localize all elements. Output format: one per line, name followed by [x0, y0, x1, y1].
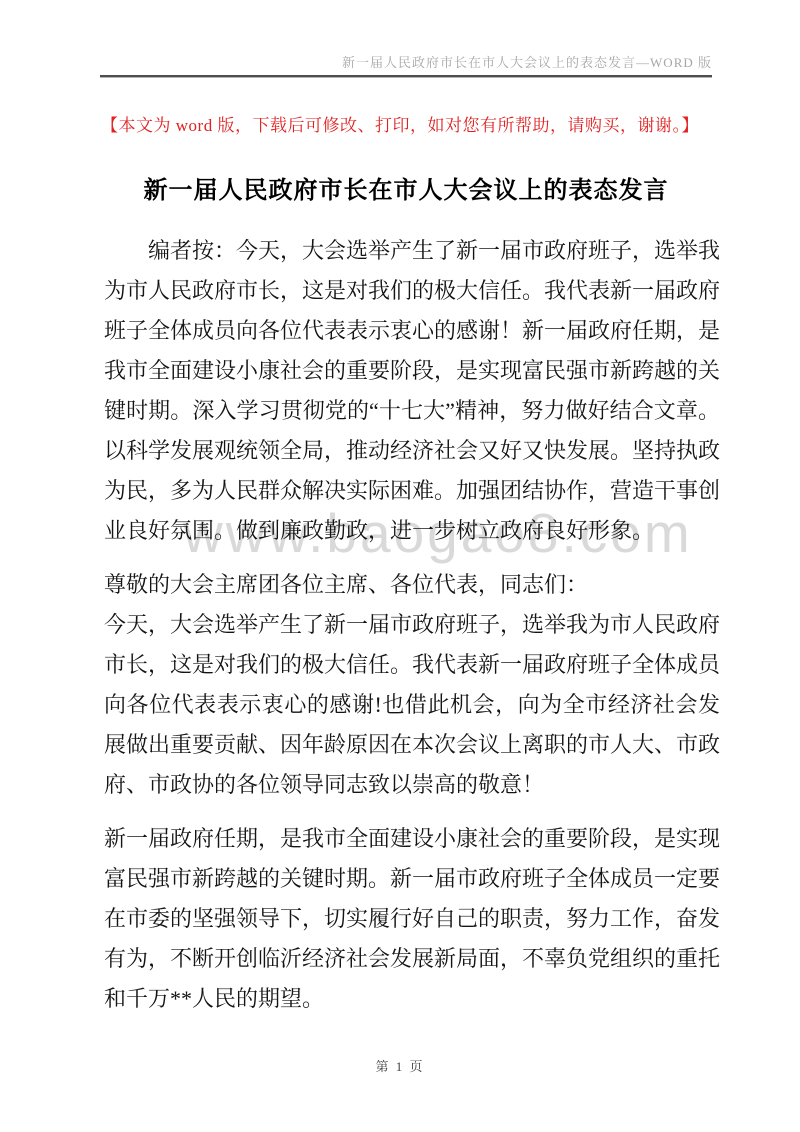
paragraph-editor-note: 编者按：今天，大会选举产生了新一届市政府班子，选举我为市人民政府市长，这是对我们… — [104, 231, 720, 551]
header-divider — [100, 75, 712, 78]
paragraph-thanks: 今天，大会选举产生了新一届市政府班子，选举我为市人民政府市长，这是对我们的极大信… — [104, 605, 720, 805]
paragraph-salutation: 尊敬的大会主席团各位主席、各位代表，同志们： — [104, 565, 720, 605]
document-page: 新一届人民政府市长在市人大会议上的表态发言—WORD 版 【本文为 word 版… — [0, 0, 800, 1132]
page-number: 第 1 页 — [0, 1056, 800, 1075]
document-body: 编者按：今天，大会选举产生了新一届市政府班子，选举我为市人民政府市长，这是对我们… — [104, 231, 720, 1019]
purchase-notice-text: 【本文为 word 版，下载后可修改、打印，如对您有所帮助，请购买，谢谢。】 — [85, 111, 715, 136]
document-title: 新一届人民政府市长在市人大会议上的表态发言 — [100, 170, 712, 205]
paragraph-commitment: 新一届政府任期，是我市全面建设小康社会的重要阶段，是实现富民强市新跨越的关键时期… — [104, 819, 720, 1019]
running-header-title: 新一届人民政府市长在市人大会议上的表态发言—WORD 版 — [100, 52, 712, 71]
